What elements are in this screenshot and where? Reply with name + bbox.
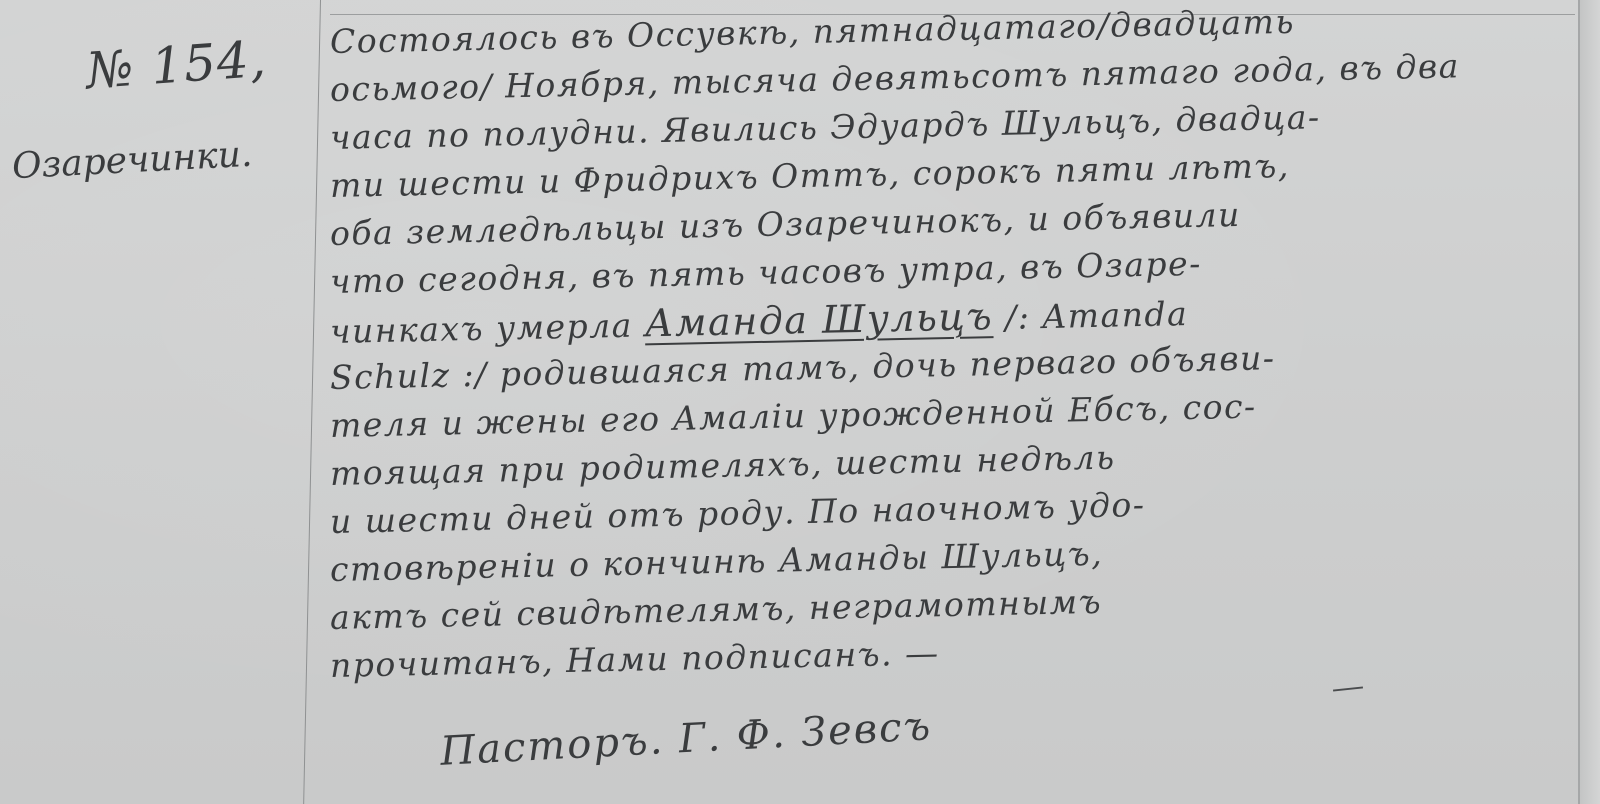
document-page: № 154, Озаречинки. Состоялось въ Оссувкѣ… [0, 0, 1600, 804]
record-village: Озаречинки. [11, 134, 253, 188]
deceased-name: Аманда Шульцъ [644, 294, 993, 345]
margin-ruled-line [303, 0, 321, 804]
record-body: Состоялось въ Оссувкѣ, пятнадцатаго/двад… [330, 18, 1570, 690]
body-line-prefix: чинкахъ умерла [330, 305, 646, 351]
body-line-suffix: /: Amanda [993, 294, 1189, 337]
pastor-signature: Пасторъ. Г. Ф. Зевсъ [439, 703, 933, 775]
page-edge-shadow [1580, 0, 1600, 804]
record-number: № 154, [84, 30, 268, 100]
